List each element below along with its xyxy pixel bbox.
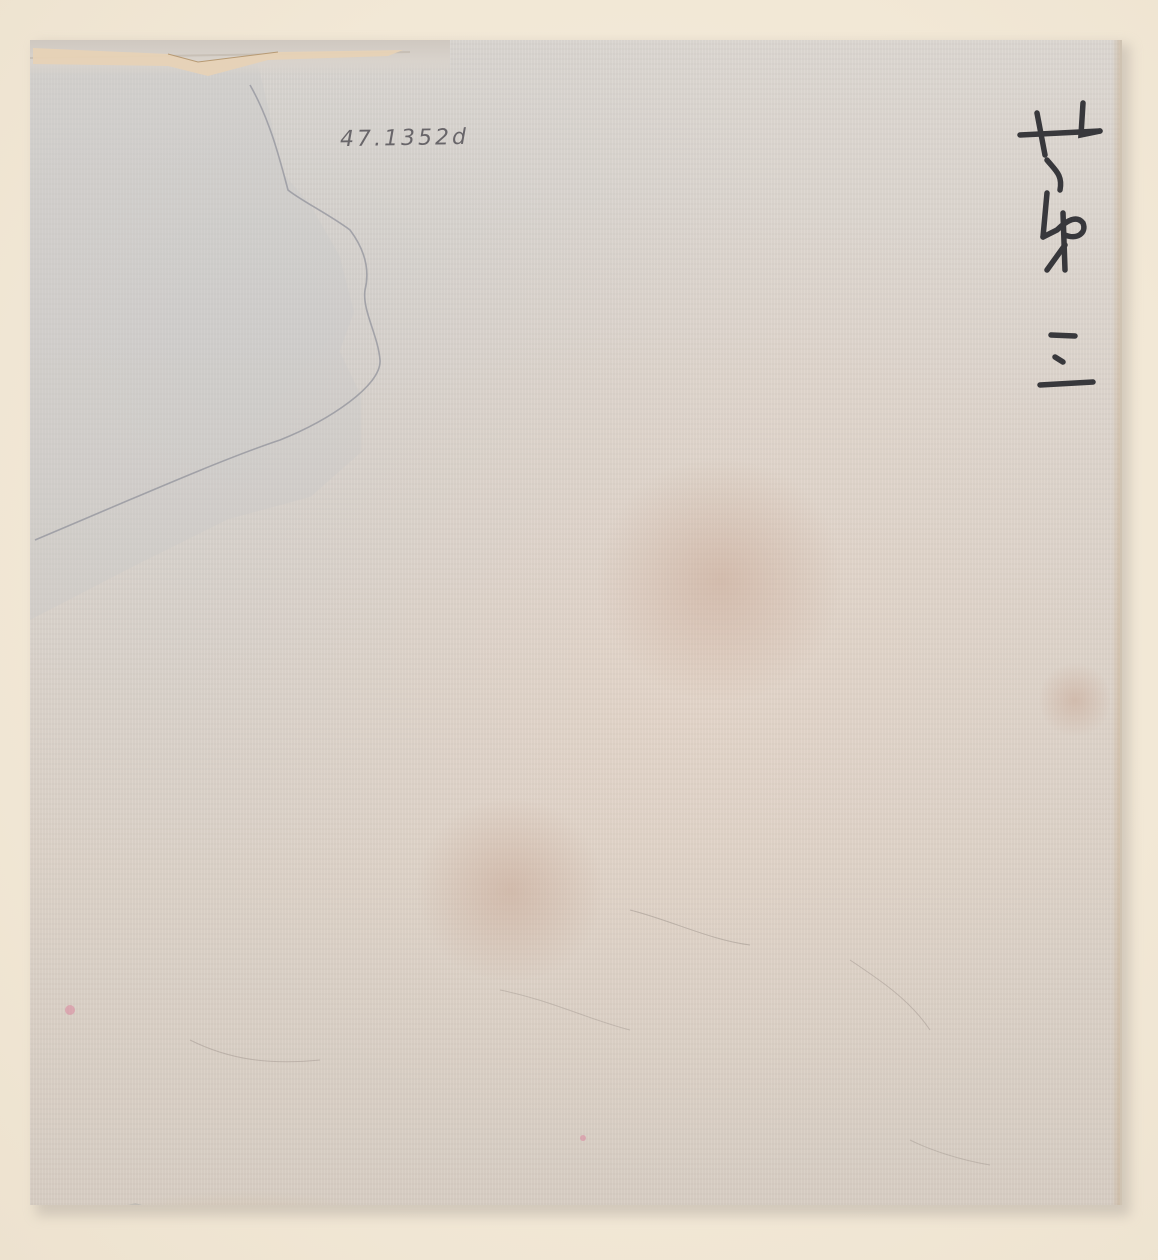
stain-lower	[410, 800, 610, 980]
pink-mark	[65, 1005, 75, 1015]
stain-center	[590, 460, 850, 700]
stain-right	[1040, 660, 1110, 740]
torn-fold-flap	[28, 40, 408, 80]
pink-mark-small	[580, 1135, 586, 1141]
paper-sheet	[30, 40, 1122, 1205]
inventory-number: 47.1352d	[340, 125, 469, 152]
brush-inscription	[1005, 95, 1115, 415]
water-stain-bottom	[140, 1190, 400, 1205]
crease-lines	[30, 40, 1120, 1205]
